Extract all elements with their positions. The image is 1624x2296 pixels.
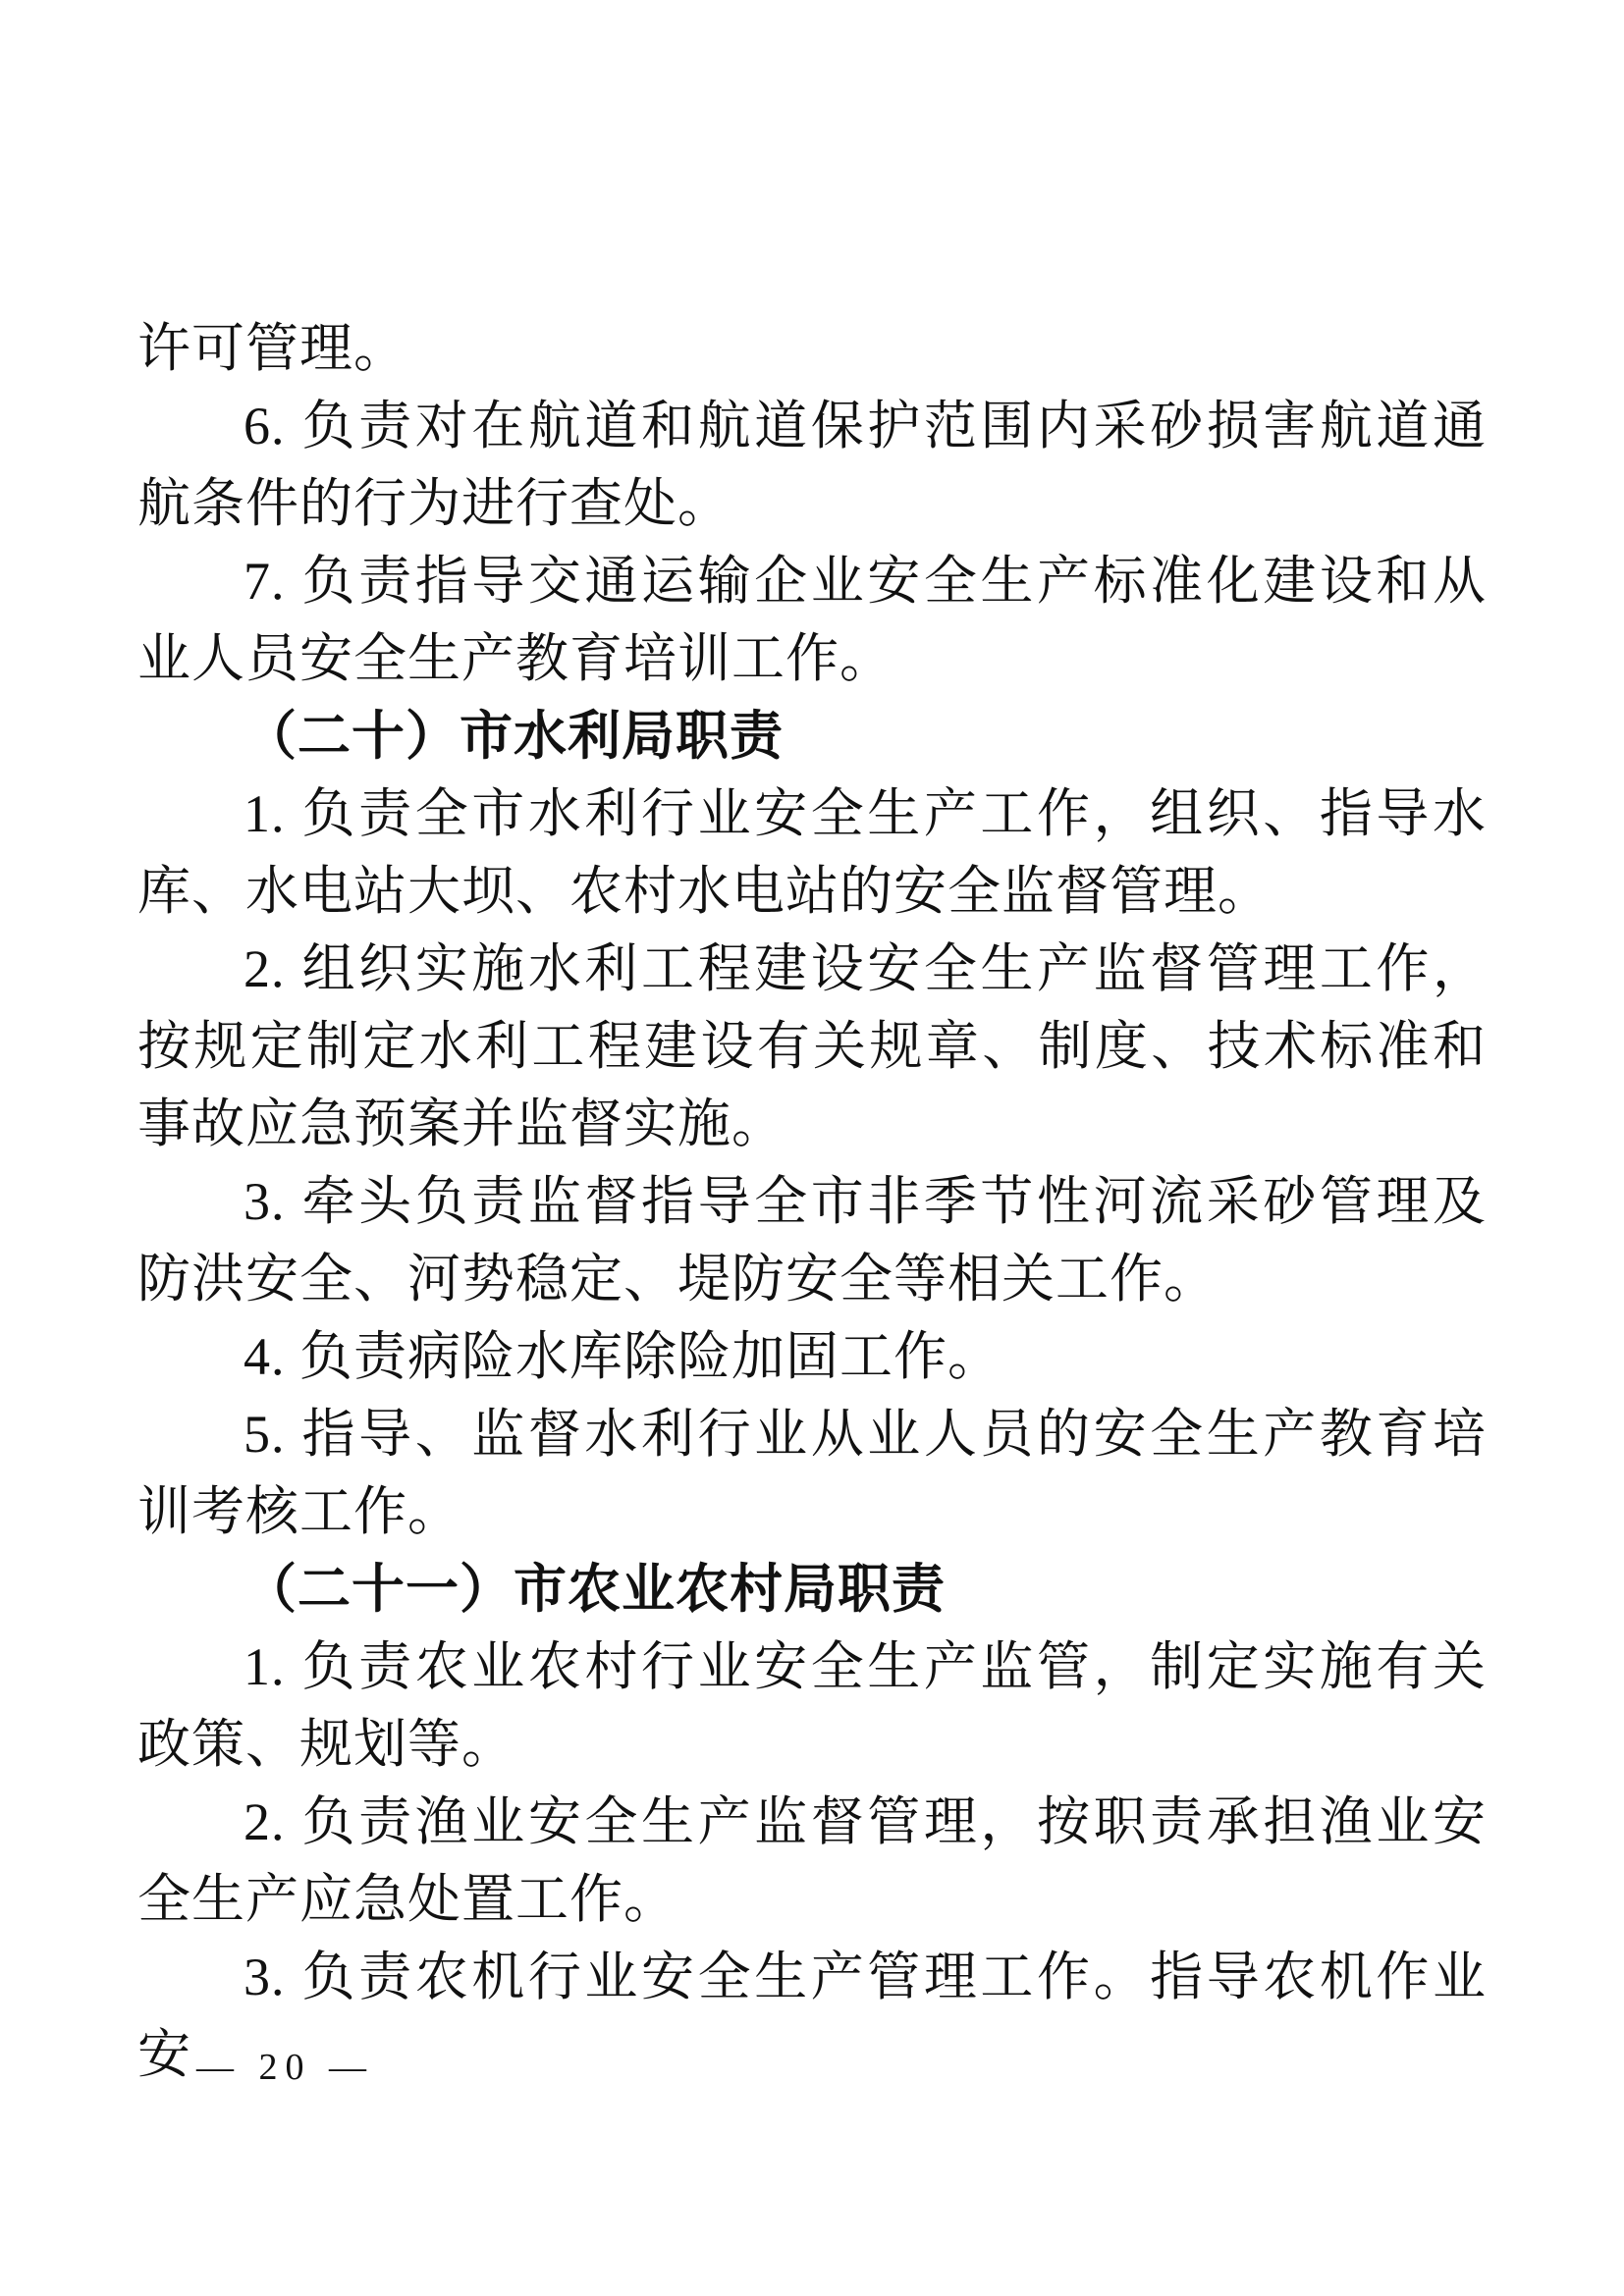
numbered-item-2-agriculture: 2. 负责渔业安全生产监督管理，按职责承担渔业安全生产应急处置工作。 [137, 1784, 1487, 1939]
section-heading-water-bureau: （二十）市水利局职责 [137, 698, 1487, 775]
document-body: 许可管理。 6. 负责对在航道和航道保护范围内采砂损害航道通航条件的行为进行查处… [137, 310, 1487, 2094]
numbered-item-1-agriculture: 1. 负责农业农村行业安全生产监管，制定实施有关政策、规划等。 [137, 1629, 1487, 1784]
numbered-item-1-water: 1. 负责全市水利行业安全生产工作，组织、指导水库、水电站大坝、农村水电站的安全… [137, 775, 1487, 931]
numbered-item-2-water: 2. 组织实施水利工程建设安全生产监督管理工作，按规定制定水利工程建设有关规章、… [137, 931, 1487, 1163]
section-heading-agriculture-bureau: （二十一）市农业农村局职责 [137, 1551, 1487, 1629]
page-number: — 20 — [196, 2044, 374, 2091]
paragraph-continuation: 许可管理。 [137, 310, 1487, 388]
numbered-item-6: 6. 负责对在航道和航道保护范围内采砂损害航道通航条件的行为进行查处。 [137, 388, 1487, 543]
numbered-item-7: 7. 负责指导交通运输企业安全生产标准化建设和从业人员安全生产教育培训工作。 [137, 543, 1487, 698]
numbered-item-5-water: 5. 指导、监督水利行业从业人员的安全生产教育培训考核工作。 [137, 1396, 1487, 1551]
numbered-item-3-water: 3. 牵头负责监督指导全市非季节性河流采砂管理及防洪安全、河势稳定、堤防安全等相… [137, 1163, 1487, 1318]
document-page: 许可管理。 6. 负责对在航道和航道保护范围内采砂损害航道通航条件的行为进行查处… [0, 0, 1624, 2296]
numbered-item-4-water: 4. 负责病险水库除险加固工作。 [137, 1318, 1487, 1396]
